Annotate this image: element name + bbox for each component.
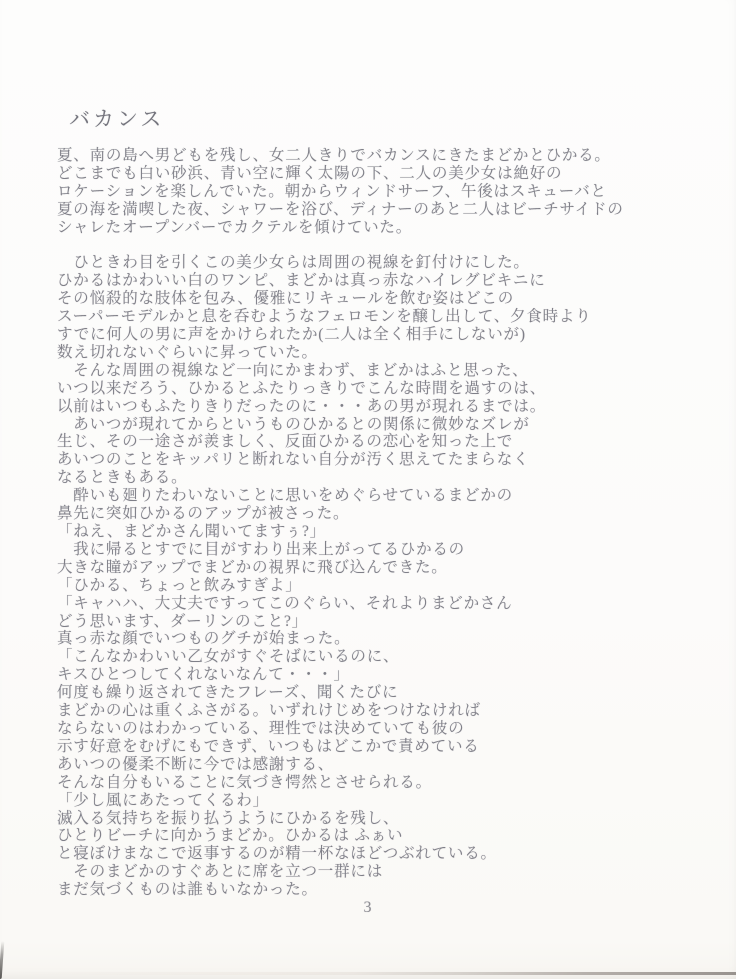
text-line: スーパーモデルかと息を呑むようなフェロモンを醸し出して、夕食時より bbox=[57, 308, 708, 326]
text-line: ならないのはわかっている、理性では決めていても彼の bbox=[57, 720, 708, 738]
text-line: あいつの優柔不断に今では感謝する、 bbox=[57, 756, 708, 774]
text-line: 示す好意をむげにもできず、いつもはどこかで責めている bbox=[57, 738, 708, 756]
text-line: と寝ぼけまなこで返事するのが精一杯なほどつぶれている。 bbox=[57, 845, 708, 863]
text-line: ひとりビーチに向かうまどか。ひかるは ふぁい bbox=[57, 827, 708, 845]
text-line: 夏の海を満喫した夜、シャワーを浴び、ディナーのあと二人はビーチサイドの bbox=[57, 201, 708, 219]
text-body: 夏、南の島へ男どもを残し、女二人きりでバカンスにきたまどかとひかる。どこまでも白… bbox=[57, 147, 708, 899]
text-line: ひかるはかわいい白のワンピ、まどかは真っ赤なハイレグビキニに bbox=[57, 272, 708, 290]
text-line: 「ねえ、まどかさん聞いてますぅ?」 bbox=[57, 523, 708, 541]
text-line: 鼻先に突如ひかるのアップが被さった。 bbox=[57, 505, 708, 523]
text-line: なるときもある。 bbox=[57, 469, 708, 487]
text-line: 我に帰るとすでに目がすわり出来上がってるひかるの bbox=[57, 541, 708, 559]
text-line: 何度も繰り返されてきたフレーズ、聞くたびに bbox=[57, 684, 708, 702]
text-line: キスひとつしてくれないなんて・・・」 bbox=[57, 666, 708, 684]
text-line: どう思います、ダーリンのこと?」 bbox=[57, 613, 708, 631]
text-line: 夏、南の島へ男どもを残し、女二人きりでバカンスにきたまどかとひかる。 bbox=[57, 147, 708, 165]
text-line: 以前はいつもふたりきりだったのに・・・あの男が現れるまでは。 bbox=[57, 398, 708, 416]
text-line: 「こんなかわいい乙女がすぐそばにいるのに、 bbox=[57, 648, 708, 666]
text-line: まどかの心は重くふさがる。いずれけじめをつけなければ bbox=[57, 702, 708, 720]
scanned-page: バカンス 夏、南の島へ男どもを残し、女二人きりでバカンスにきたまどかとひかる。ど… bbox=[0, 0, 736, 979]
text-line: ひときわ目を引くこの美少女らは周囲の視線を釘付けにした。 bbox=[57, 254, 708, 272]
text-line: 真っ赤な顔でいつものグチが始まった。 bbox=[57, 630, 708, 648]
text-line: そんな自分もいることに気づき愕然とさせられる。 bbox=[57, 774, 708, 792]
text-line: すでに何人の男に声をかけられたか(二人は全く相手にしないが) bbox=[57, 326, 708, 344]
text-line: いつ以来だろう、ひかるとふたりっきりでこんな時間を過すのは、 bbox=[57, 380, 708, 398]
text-line: 滅入る気持ちを振り払うようにひかるを残し、 bbox=[57, 810, 708, 828]
text-line: 大きな瞳がアップでまどかの視界に飛び込んできた。 bbox=[57, 559, 708, 577]
text-line: 「キャハハ、大丈夫ですってこのぐらい、それよりまどかさん bbox=[57, 595, 708, 613]
page-number: 3 bbox=[0, 899, 736, 917]
text-line: ロケーションを楽しんでいた。朝からウィンドサーフ、午後はスキューバと bbox=[57, 183, 708, 201]
text-line: その悩殺的な肢体を包み、優雅にリキュールを飲む姿はどこの bbox=[57, 290, 708, 308]
text-line: 酔いも廻りたわいないことに思いをめぐらせているまどかの bbox=[57, 487, 708, 505]
text-line bbox=[57, 237, 708, 255]
text-line: そんな周囲の視線など一向にかまわず、まどかはふと思った、 bbox=[57, 362, 708, 380]
text-line: 数え切れないぐらいに昇っていた。 bbox=[57, 344, 708, 362]
text-line: あいつが現れてからというものひかるとの関係に微妙なズレが bbox=[57, 416, 708, 434]
text-line: シャレたオープンバーでカクテルを傾けていた。 bbox=[57, 219, 708, 237]
text-line: あいつのことをキッパリと断れない自分が汚く思えてたまらなく bbox=[57, 451, 708, 469]
text-line: 生じ、その一途さが羨ましく、反面ひかるの恋心を知った上で bbox=[57, 433, 708, 451]
text-line: 「少し風にあたってくるわ」 bbox=[57, 792, 708, 810]
story-title: バカンス bbox=[69, 103, 164, 133]
scan-artifact-bottom-edge bbox=[0, 972, 736, 975]
text-line: どこまでも白い砂浜、青い空に輝く太陽の下、二人の美少女は絶好の bbox=[57, 165, 708, 183]
text-line: 「ひかる、ちょっと飲みすぎよ」 bbox=[57, 577, 708, 595]
text-line: そのまどかのすぐあとに席を立つ一群には bbox=[57, 863, 708, 881]
text-line: まだ気づくものは誰もいなかった。 bbox=[57, 881, 708, 899]
